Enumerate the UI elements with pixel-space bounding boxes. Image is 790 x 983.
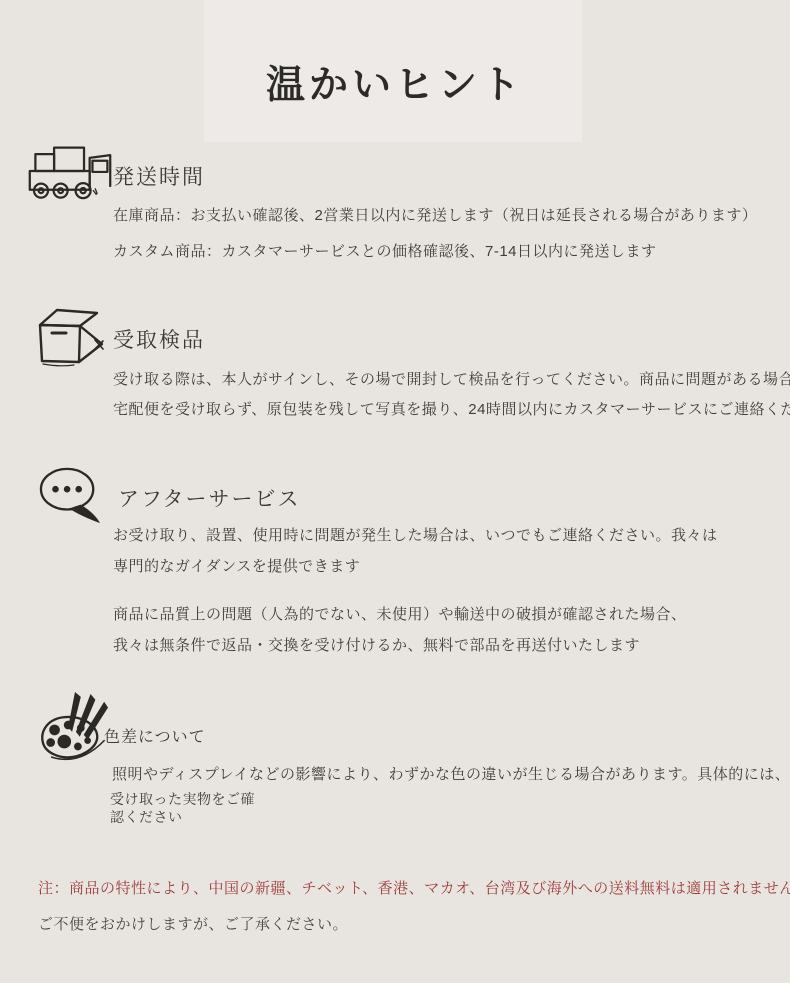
service-line-4: 我々は無条件で返品・交換を受け付けるか、無料で部品を再送付いたします [113,634,640,655]
truck-icon [26,142,114,200]
color-line-3: 認ください [110,807,183,827]
color-line-1: 照明やディスプレイなどの影響により、わずかな色の違いが生じる場合があります。具体… [112,763,790,784]
service-line-2: 専門的なガイダンスを提供できます [113,555,360,576]
box-icon [33,304,105,370]
inspection-line-2: 宅配便を受け取らず、原包装を残して写真を撮り、24時間以内にカスタマーサービスに… [113,398,790,419]
shipping-restriction-note: 注：商品の特性により、中国の新疆、チベット、香港、マカオ、台湾及び海外への送料無… [38,877,790,898]
section-heading-inspection: 受取検品 [113,324,205,354]
color-line-2: 受け取った実物をご確 [110,789,255,809]
inspection-line-1: 受け取る際は、本人がサインし、その場で開封して検品を行ってください。商品に問題が… [113,368,790,389]
section-heading-service: アフターサービス [118,483,301,513]
service-line-1: お受け取り、設置、使用時に問題が発生した場合は、いつでもご連絡ください。我々は [113,524,718,545]
service-line-3: 商品に品質上の問題（人為的でない、未使用）や輸送中の破損が確認された場合、 [113,603,687,624]
apology-note: ご不便をおかけしますが、ご了承ください。 [38,913,348,934]
warm-hints-page: 温かいヒント 発送時間 在庫商品：お支払い確認後、2営業日以内に発送します（祝日… [0,0,790,983]
section-heading-color: 色差について [104,724,206,747]
shipping-line-2: カスタム商品：カスタマーサービスとの価格確認後、7-14日以内に発送します [113,240,657,261]
chat-bubble-icon [38,465,102,525]
section-heading-shipping: 発送時間 [113,161,205,191]
page-title: 温かいヒント [0,54,790,110]
shipping-line-1: 在庫商品：お支払い確認後、2営業日以内に発送します（祝日は延長される場合がありま… [113,204,757,225]
palette-icon [36,692,112,762]
